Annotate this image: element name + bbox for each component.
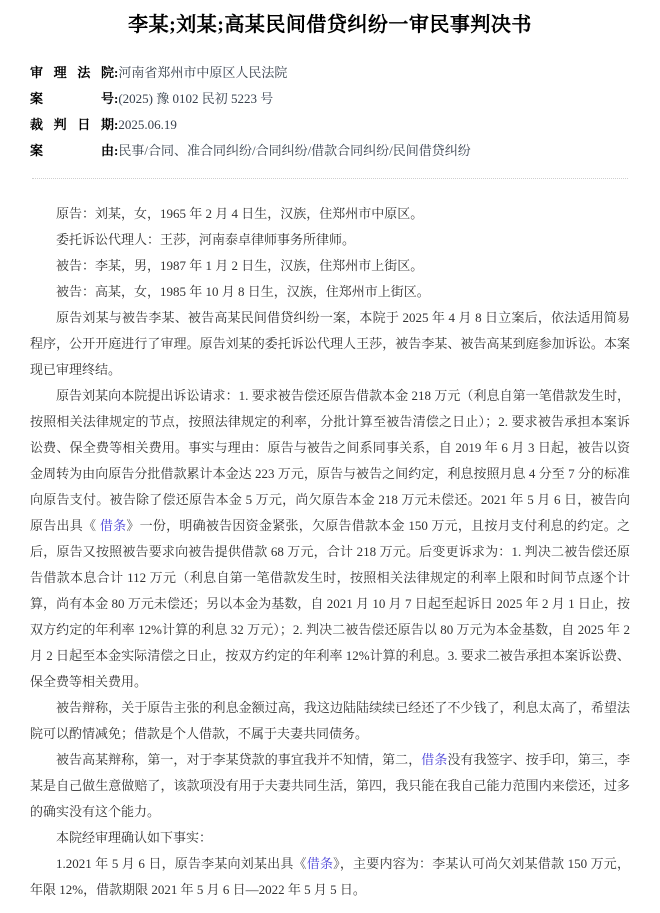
meta-label-judgment-date: 裁判日期	[30, 112, 114, 138]
paragraph-plaintiff-agent: 委托诉讼代理人：王莎，河南泰卓律师事务所律师。	[30, 227, 630, 253]
paragraph-case-filing: 原告刘某与被告李某、被告高某民间借贷纠纷一案，本院于 2025 年 4 月 8 …	[30, 305, 630, 383]
judgment-document: 李某;刘某;高某民间借贷纠纷一审民事判决书 审理法院:河南省郑州市中原区人民法院…	[0, 0, 660, 913]
paragraph-text: 1.2021 年 5 月 6 日，原告李某向刘某出具《	[56, 856, 307, 871]
meta-label-court: 审理法院	[30, 60, 114, 86]
meta-value-cause: 民事/合同、准合同纠纷/合同纠纷/借款合同纠纷/民间借贷纠纷	[118, 143, 470, 158]
paragraph-text: 》一份，明确被告因资金紧张，欠原告借款本金 150 万元，且按月支付利息的约定。…	[30, 518, 630, 689]
paragraph-claims: 原告刘某向本院提出诉讼请求：1. 要求被告偿还原告借款本金 218 万元（利息自…	[30, 383, 630, 695]
meta-label-cause: 案由	[30, 138, 114, 164]
paragraph-defendant-li: 被告：李某，男，1987 年 1 月 2 日生，汉族，住郑州市上街区。	[30, 253, 630, 279]
paragraph-fact-1: 1.2021 年 5 月 6 日，原告李某向刘某出具《借条》，主要内容为：李某认…	[30, 851, 630, 903]
paragraph-text: 被告辩称，关于原告主张的利息金额过高，我这边陆陆续续已经还了不少钱了，利息太高了…	[30, 700, 630, 741]
meta-row-cause: 案由:民事/合同、准合同纠纷/合同纠纷/借款合同纠纷/民间借贷纠纷	[30, 138, 630, 164]
paragraph-text: 被告：高某，女，1985 年 10 月 8 日生，汉族，住郑州市上街区。	[56, 284, 430, 299]
metadata-block: 审理法院:河南省郑州市中原区人民法院 案号:(2025) 豫 0102 民初 5…	[30, 60, 630, 164]
paragraph-text: 原告刘某向本院提出诉讼请求：1. 要求被告偿还原告借款本金 218 万元（利息自…	[30, 388, 630, 533]
jietiao-link[interactable]: 借条	[100, 518, 127, 533]
meta-value-case-number: (2025) 豫 0102 民初 5223 号	[118, 91, 273, 106]
paragraph-defendant-gao: 被告：高某，女，1985 年 10 月 8 日生，汉族，住郑州市上街区。	[30, 279, 630, 305]
paragraph-text: 本院经审理确认如下事实：	[56, 830, 212, 845]
paragraph-facts-heading: 本院经审理确认如下事实：	[30, 825, 630, 851]
jietiao-link[interactable]: 借条	[421, 752, 447, 767]
jietiao-link[interactable]: 借条	[307, 856, 333, 871]
meta-value-judgment-date: 2025.06.19	[118, 117, 177, 132]
paragraph-defense-gao: 被告高某辩称，第一，对于李某贷款的事宜我并不知情，第二，借条没有我签字、按手印，…	[30, 747, 630, 825]
meta-label-case-number: 案号	[30, 86, 114, 112]
page-title: 李某;刘某;高某民间借贷纠纷一审民事判决书	[30, 12, 630, 38]
meta-row-judgment-date: 裁判日期:2025.06.19	[30, 112, 630, 138]
meta-row-case-number: 案号:(2025) 豫 0102 民初 5223 号	[30, 86, 630, 112]
section-divider	[32, 178, 628, 179]
judgment-body: 原告：刘某，女，1965 年 2 月 4 日生，汉族，住郑州市中原区。 委托诉讼…	[30, 201, 630, 903]
paragraph-text: 委托诉讼代理人：王莎，河南泰卓律师事务所律师。	[56, 232, 355, 247]
paragraph-text: 原告：刘某，女，1965 年 2 月 4 日生，汉族，住郑州市中原区。	[56, 206, 423, 221]
paragraph-plaintiff: 原告：刘某，女，1965 年 2 月 4 日生，汉族，住郑州市中原区。	[30, 201, 630, 227]
paragraph-defense-li: 被告辩称，关于原告主张的利息金额过高，我这边陆陆续续已经还了不少钱了，利息太高了…	[30, 695, 630, 747]
meta-row-court: 审理法院:河南省郑州市中原区人民法院	[30, 60, 630, 86]
paragraph-text: 被告高某辩称，第一，对于李某贷款的事宜我并不知情，第二，	[56, 752, 421, 767]
paragraph-text: 原告刘某与被告李某、被告高某民间借贷纠纷一案，本院于 2025 年 4 月 8 …	[30, 310, 630, 377]
paragraph-text: 被告：李某，男，1987 年 1 月 2 日生，汉族，住郑州市上街区。	[56, 258, 423, 273]
meta-value-court: 河南省郑州市中原区人民法院	[118, 65, 287, 80]
